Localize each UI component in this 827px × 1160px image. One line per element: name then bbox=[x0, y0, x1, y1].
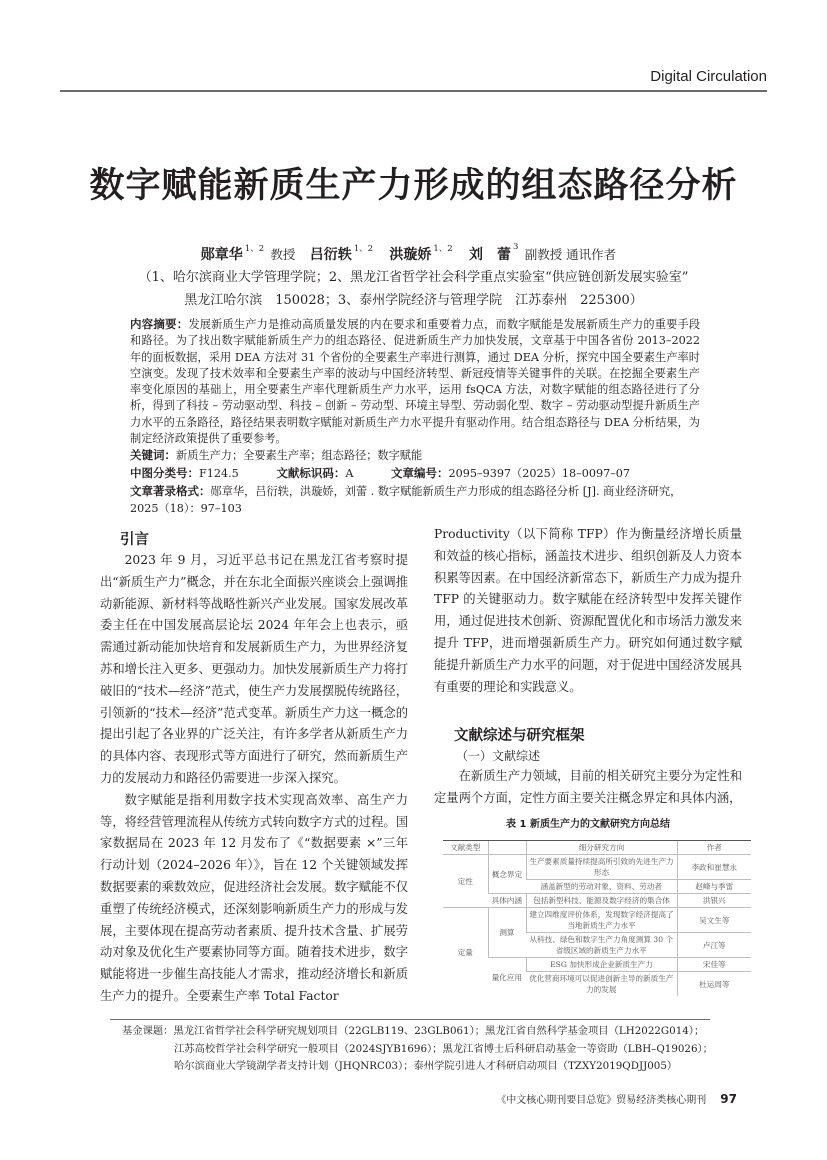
table-cell-author: 宋佳等 bbox=[677, 958, 751, 972]
funding-line: 基金课题：黑龙江省哲学社会科学研究规划项目（22GLB119、23GLB061）… bbox=[122, 1023, 713, 1041]
page-footer: 《中文核心期刊要目总览》贸易经济类核心期刊97 bbox=[496, 1091, 737, 1106]
table-cell-sub: 概念界定 bbox=[488, 855, 526, 894]
abstract-label: 内容摘要： bbox=[130, 317, 188, 331]
author-line: 郧章华1、2 教授 吕衍轶1、2 洪璇娇1、2 刘 蕾3 副教授 通讯作者 bbox=[0, 244, 827, 264]
table-row: 定性 概念界定 生产要素质量持续提高所引致的先进生产力形态 李政和崔慧永 bbox=[443, 855, 751, 880]
keywords: 关键词：新质生产力；全要素生产率；组态路径；数字赋能 bbox=[130, 447, 422, 463]
clc-value: F124.5 bbox=[199, 467, 239, 480]
funding-label: 基金课题： bbox=[122, 1025, 173, 1037]
table-cell-author: 杜运周等 bbox=[677, 972, 751, 997]
affiliation-line-1: （1、哈尔滨商业大学管理学院；2、黑龙江省哲学社会科学重点实验室“供应链创新发展… bbox=[0, 266, 827, 285]
abstract-text: 发展新质生产力是推动高质量发展的内在要求和重要着力点，而数字赋能是发展新质生产力… bbox=[130, 318, 700, 445]
funding-line: 哈尔滨商业大学镜湖学者支持计划（JHQNRC03）；泰州学院引进人才科研启动项目… bbox=[122, 1058, 713, 1076]
journal-note: 《中文核心期刊要目总览》贸易经济类核心期刊 bbox=[496, 1095, 706, 1106]
body-paragraph: 2023 年 9 月，习近平总书记在黑龙江省考察时提出“新质生产力”概念，并在东… bbox=[100, 550, 408, 790]
citation-text: 郧章华，吕衍轶，洪璇娇，刘蕾 . 数字赋能新质生产力形成的组态路径分析 [J].… bbox=[130, 485, 681, 515]
table-caption: 表 1 新质生产力的文献研究方向总结 bbox=[434, 816, 742, 838]
table-row: 量化应用 ESG 加快形成企业新质生产力 宋佳等 bbox=[443, 958, 751, 972]
table-cell-direction: 涵盖新型的劳动对象、资料、劳动者 bbox=[526, 880, 677, 894]
table-cell-author: 洪银兴 bbox=[677, 894, 751, 908]
subsection-title: （一）文献综述 bbox=[434, 746, 742, 766]
table-cell-author: 李政和崔慧永 bbox=[677, 855, 751, 880]
table-header: 文献类型 bbox=[443, 841, 488, 855]
table-cell-sub: 量化应用 bbox=[488, 958, 526, 997]
funding-note: 基金课题：黑龙江省哲学社会科学研究规划项目（22GLB119、23GLB061）… bbox=[122, 1023, 713, 1076]
citation-label: 文章著录格式： bbox=[130, 484, 211, 498]
abstract: 内容摘要：发展新质生产力是推动高质量发展的内在要求和重要着力点，而数字赋能是发展… bbox=[130, 316, 700, 447]
citation: 文章著录格式：郧章华，吕衍轶，洪璇娇，刘蕾 . 数字赋能新质生产力形成的组态路径… bbox=[130, 483, 700, 517]
article-no-label: 文章编号： bbox=[391, 466, 449, 480]
table-cell-sub: 测算 bbox=[488, 908, 526, 958]
running-head: Digital Circulation bbox=[650, 68, 767, 85]
author-name: 刘 蕾 bbox=[469, 247, 511, 263]
footnote-rule bbox=[110, 1019, 710, 1020]
table-header: 细分研究方向 bbox=[526, 841, 677, 855]
keywords-label: 关键词： bbox=[130, 448, 176, 462]
table-row: 定量 测算 建立四维度评价体系，发现数字经济提高了当地新质生产力水平 吴文生等 bbox=[443, 908, 751, 933]
table-header bbox=[488, 841, 526, 855]
page-number: 97 bbox=[720, 1092, 737, 1106]
table-cell-type: 定量 bbox=[443, 908, 488, 997]
author-name: 郧章华 bbox=[201, 247, 243, 263]
right-column: Productivity（以下简称 TFP）作为衡量经济增长质量和效益的核心指标… bbox=[434, 524, 742, 838]
table-cell-direction: 优化营商环境可以促进创新主导的新质生产力的发展 bbox=[526, 972, 677, 997]
table-cell-author: 赵峰与季雷 bbox=[677, 880, 751, 894]
body-paragraph: 在新质生产力领域，目前的相关研究主要分为定性和定量两个方面，定性方面主要关注概念… bbox=[434, 766, 742, 810]
author-sup: 1、2 bbox=[245, 244, 264, 254]
table-cell-type: 定性 bbox=[443, 855, 488, 908]
affiliation-line-2: 黑龙江哈尔滨 150028；3、泰州学院经济与管理学院 江苏泰州 225300） bbox=[0, 289, 827, 308]
author-sup: 1、2 bbox=[354, 244, 373, 254]
funding-text: 黑龙江省哲学社会科学研究规划项目（22GLB119、23GLB061）；黑龙江省… bbox=[173, 1025, 704, 1037]
author-name: 吕衍轶 bbox=[310, 247, 352, 263]
literature-table: 文献类型 细分研究方向 作者 定性 概念界定 生产要素质量持续提高所引致的先进生… bbox=[443, 840, 751, 996]
table-cell-author: 卢江等 bbox=[677, 933, 751, 958]
table-cell-author: 吴文生等 bbox=[677, 908, 751, 933]
author-name: 洪璇娇 bbox=[389, 247, 431, 263]
table-cell-direction: 建立四维度评价体系，发现数字经济提高了当地新质生产力水平 bbox=[526, 908, 677, 933]
author-role: 教授 bbox=[270, 247, 295, 262]
table-cell-direction: 生产要素质量持续提高所引致的先进生产力形态 bbox=[526, 855, 677, 880]
body-paragraph-continued: Productivity（以下简称 TFP）作为衡量经济增长质量和效益的核心指标… bbox=[434, 524, 742, 698]
table-header-row: 文献类型 细分研究方向 作者 bbox=[443, 841, 751, 855]
header-rule bbox=[60, 90, 767, 92]
author-sup: 1、2 bbox=[433, 244, 452, 254]
classification-line: 中图分类号：F124.5 文献标识码：A 文章编号：2095–9397（2025… bbox=[130, 465, 630, 481]
table-cell-sub: 具体内涵 bbox=[488, 894, 526, 908]
author-sup: 3 bbox=[513, 242, 518, 252]
keywords-text: 新质生产力；全要素生产率；组态路径；数字赋能 bbox=[176, 449, 422, 462]
table-row: 具体内涵 包括新型科技、能源及数字经济的集合体 洪银兴 bbox=[443, 894, 751, 908]
article-no-value: 2095–9397（2025）18–0097–07 bbox=[449, 467, 631, 480]
left-column: 引言 2023 年 9 月，习近平总书记在黑龙江省考察时提出“新质生产力”概念，… bbox=[100, 528, 408, 1008]
author-role: 副教授 通讯作者 bbox=[525, 247, 616, 262]
body-paragraph: 数字赋能是指利用数字技术实现高效率、高生产力等，将经营管理流程从传统方式转向数字… bbox=[100, 790, 408, 1008]
funding-line: 江苏高校哲学社会科学研究一般项目（2024SJYB1696）；黑龙江省博士后科研… bbox=[122, 1041, 713, 1059]
clc-label: 中图分类号： bbox=[130, 466, 199, 480]
article-title: 数字赋能新质生产力形成的组态路径分析 bbox=[0, 158, 827, 208]
table-cell-direction: 从科技、绿色和数字生产力角度测算 30 个省级区域的新质生产力水平 bbox=[526, 933, 677, 958]
table-cell-direction: ESG 加快形成企业新质生产力 bbox=[526, 958, 677, 972]
table-header: 作者 bbox=[677, 841, 751, 855]
section-title-literature: 文献综述与研究框架 bbox=[434, 724, 742, 746]
section-title-introduction: 引言 bbox=[100, 528, 408, 550]
doc-code-value: A bbox=[345, 467, 353, 480]
doc-code-label: 文献标识码： bbox=[276, 466, 345, 480]
table-cell-direction: 包括新型科技、能源及数字经济的集合体 bbox=[526, 894, 677, 908]
